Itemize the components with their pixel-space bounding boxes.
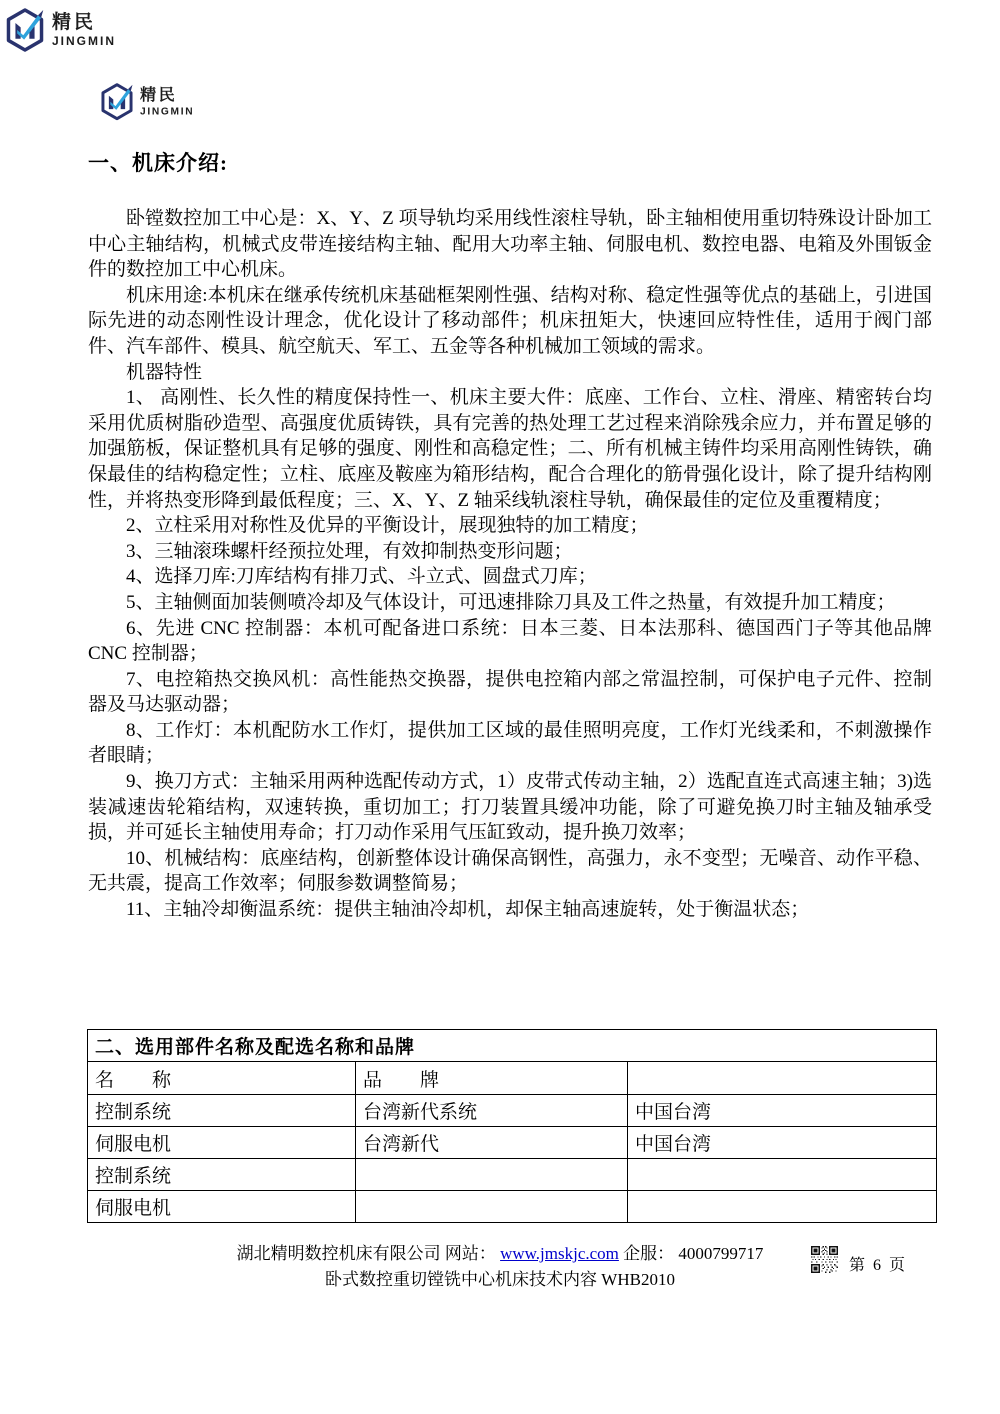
logo-wordmark: 精民 JINGMIN — [52, 13, 116, 47]
intro-paragraph-2: 机床用途:本机床在继承传统机床基础框架刚性强、结构对称、稳定性强等优点的基础上，… — [88, 283, 932, 360]
cell-origin — [628, 1159, 937, 1191]
cell-brand: 台湾新代系统 — [356, 1095, 628, 1127]
jingmin-hexagon-icon — [5, 8, 45, 52]
cell-brand — [356, 1159, 628, 1191]
table-row: 伺服电机 台湾新代 中国台湾 — [88, 1127, 937, 1159]
parts-selection-table: 二、选用部件名称及配选名称和品牌 名 称 品 牌 控制系统 台湾新代系统 中国台… — [87, 1029, 937, 1223]
logo-name-en: JINGMIN — [52, 35, 116, 47]
cell-part-name: 控制系统 — [88, 1095, 356, 1127]
cell-part-name: 控制系统 — [88, 1159, 356, 1191]
table-row: 伺服电机 — [88, 1191, 937, 1223]
feature-item-3: 3、三轴滚珠螺杆经预拉处理，有效抑制热变形问题； — [88, 539, 932, 565]
cell-brand: 台湾新代 — [356, 1127, 628, 1159]
footer-service-number: 4000799717 — [678, 1244, 763, 1263]
page-number: 第 6 页 — [849, 1252, 907, 1275]
logo-name-cn: 精民 — [140, 87, 194, 103]
jingmin-logo-large: 精民 JINGMIN — [5, 8, 116, 52]
feature-item-7: 7、电控箱热交换风机：高性能热交换器，提供电控箱内部之常温控制，可保护电子元件、… — [88, 667, 932, 718]
table-row: 控制系统 台湾新代系统 中国台湾 — [88, 1095, 937, 1127]
document-body: 一、机床介绍: 卧镗数控加工中心是：X、Y、Z 项导轨均采用线性滚柱导轨，卧主轴… — [88, 147, 932, 923]
intro-paragraph-1: 卧镗数控加工中心是：X、Y、Z 项导轨均采用线性滚柱导轨，卧主轴相使用重切特殊设… — [88, 206, 932, 283]
feature-item-8: 8、工作灯：本机配防水工作灯，提供加工区域的最佳照明亮度，工作灯光线柔和，不刺激… — [88, 718, 932, 769]
feature-item-11: 11、主轴冷却衡温系统：提供主轴油冷却机，却保主轴高速旋转，处于衡温状态； — [88, 897, 932, 923]
col-header-origin — [628, 1062, 937, 1095]
cell-part-name: 伺服电机 — [88, 1191, 356, 1223]
section1-heading: 一、机床介绍: — [88, 147, 932, 177]
features-label: 机器特性 — [88, 360, 932, 386]
table-header-row: 名 称 品 牌 — [88, 1062, 937, 1095]
feature-item-10: 10、机械结构：底座结构，创新整体设计确保高钢性，高强力，永不变型；无噪音、动作… — [88, 846, 932, 897]
feature-item-6: 6、先进 CNC 控制器：本机可配备进口系统：日本三菱、日本法那科、德国西门子等… — [88, 616, 932, 667]
feature-item-9: 9、换刀方式：主轴采用两种选配传动方式，1）皮带式传动主轴，2）选配直连式高速主… — [88, 769, 932, 846]
jingmin-logo-small: 精民 JINGMIN — [100, 83, 194, 120]
logo-wordmark: 精民 JINGMIN — [140, 87, 194, 116]
cell-brand — [356, 1191, 628, 1223]
table-row: 控制系统 — [88, 1159, 937, 1191]
footer-website-link[interactable]: www.jmskjc.com — [500, 1244, 619, 1263]
jingmin-hexagon-icon — [100, 83, 134, 120]
footer-service-label: 企服： — [623, 1244, 674, 1263]
table-title: 二、选用部件名称及配选名称和品牌 — [88, 1030, 937, 1062]
feature-item-4: 4、选择刀库:刀库结构有排刀式、斗立式、圆盘式刀库； — [88, 564, 932, 590]
feature-item-1: 1、 高刚性、长久性的精度保持性一、机床主要大件：底座、工作台、立柱、滑座、精密… — [88, 385, 932, 513]
cell-origin: 中国台湾 — [628, 1095, 937, 1127]
logo-name-cn: 精民 — [52, 13, 116, 32]
col-header-name: 名 称 — [88, 1062, 356, 1095]
footer-company: 湖北精明数控机床有限公司 — [237, 1244, 441, 1263]
cell-origin: 中国台湾 — [628, 1127, 937, 1159]
col-header-brand: 品 牌 — [356, 1062, 628, 1095]
footer-website-label: 网站： — [445, 1244, 496, 1263]
table-title-row: 二、选用部件名称及配选名称和品牌 — [88, 1030, 937, 1062]
cell-part-name: 伺服电机 — [88, 1127, 356, 1159]
qr-code-icon — [811, 1246, 838, 1273]
feature-item-5: 5、主轴侧面加装侧喷冷却及气体设计，可迅速排除刀具及工件之热量，有效提升加工精度… — [88, 590, 932, 616]
logo-name-en: JINGMIN — [140, 106, 194, 116]
feature-item-2: 2、立柱采用对称性及优异的平衡设计，展现独特的加工精度； — [88, 513, 932, 539]
cell-origin — [628, 1191, 937, 1223]
